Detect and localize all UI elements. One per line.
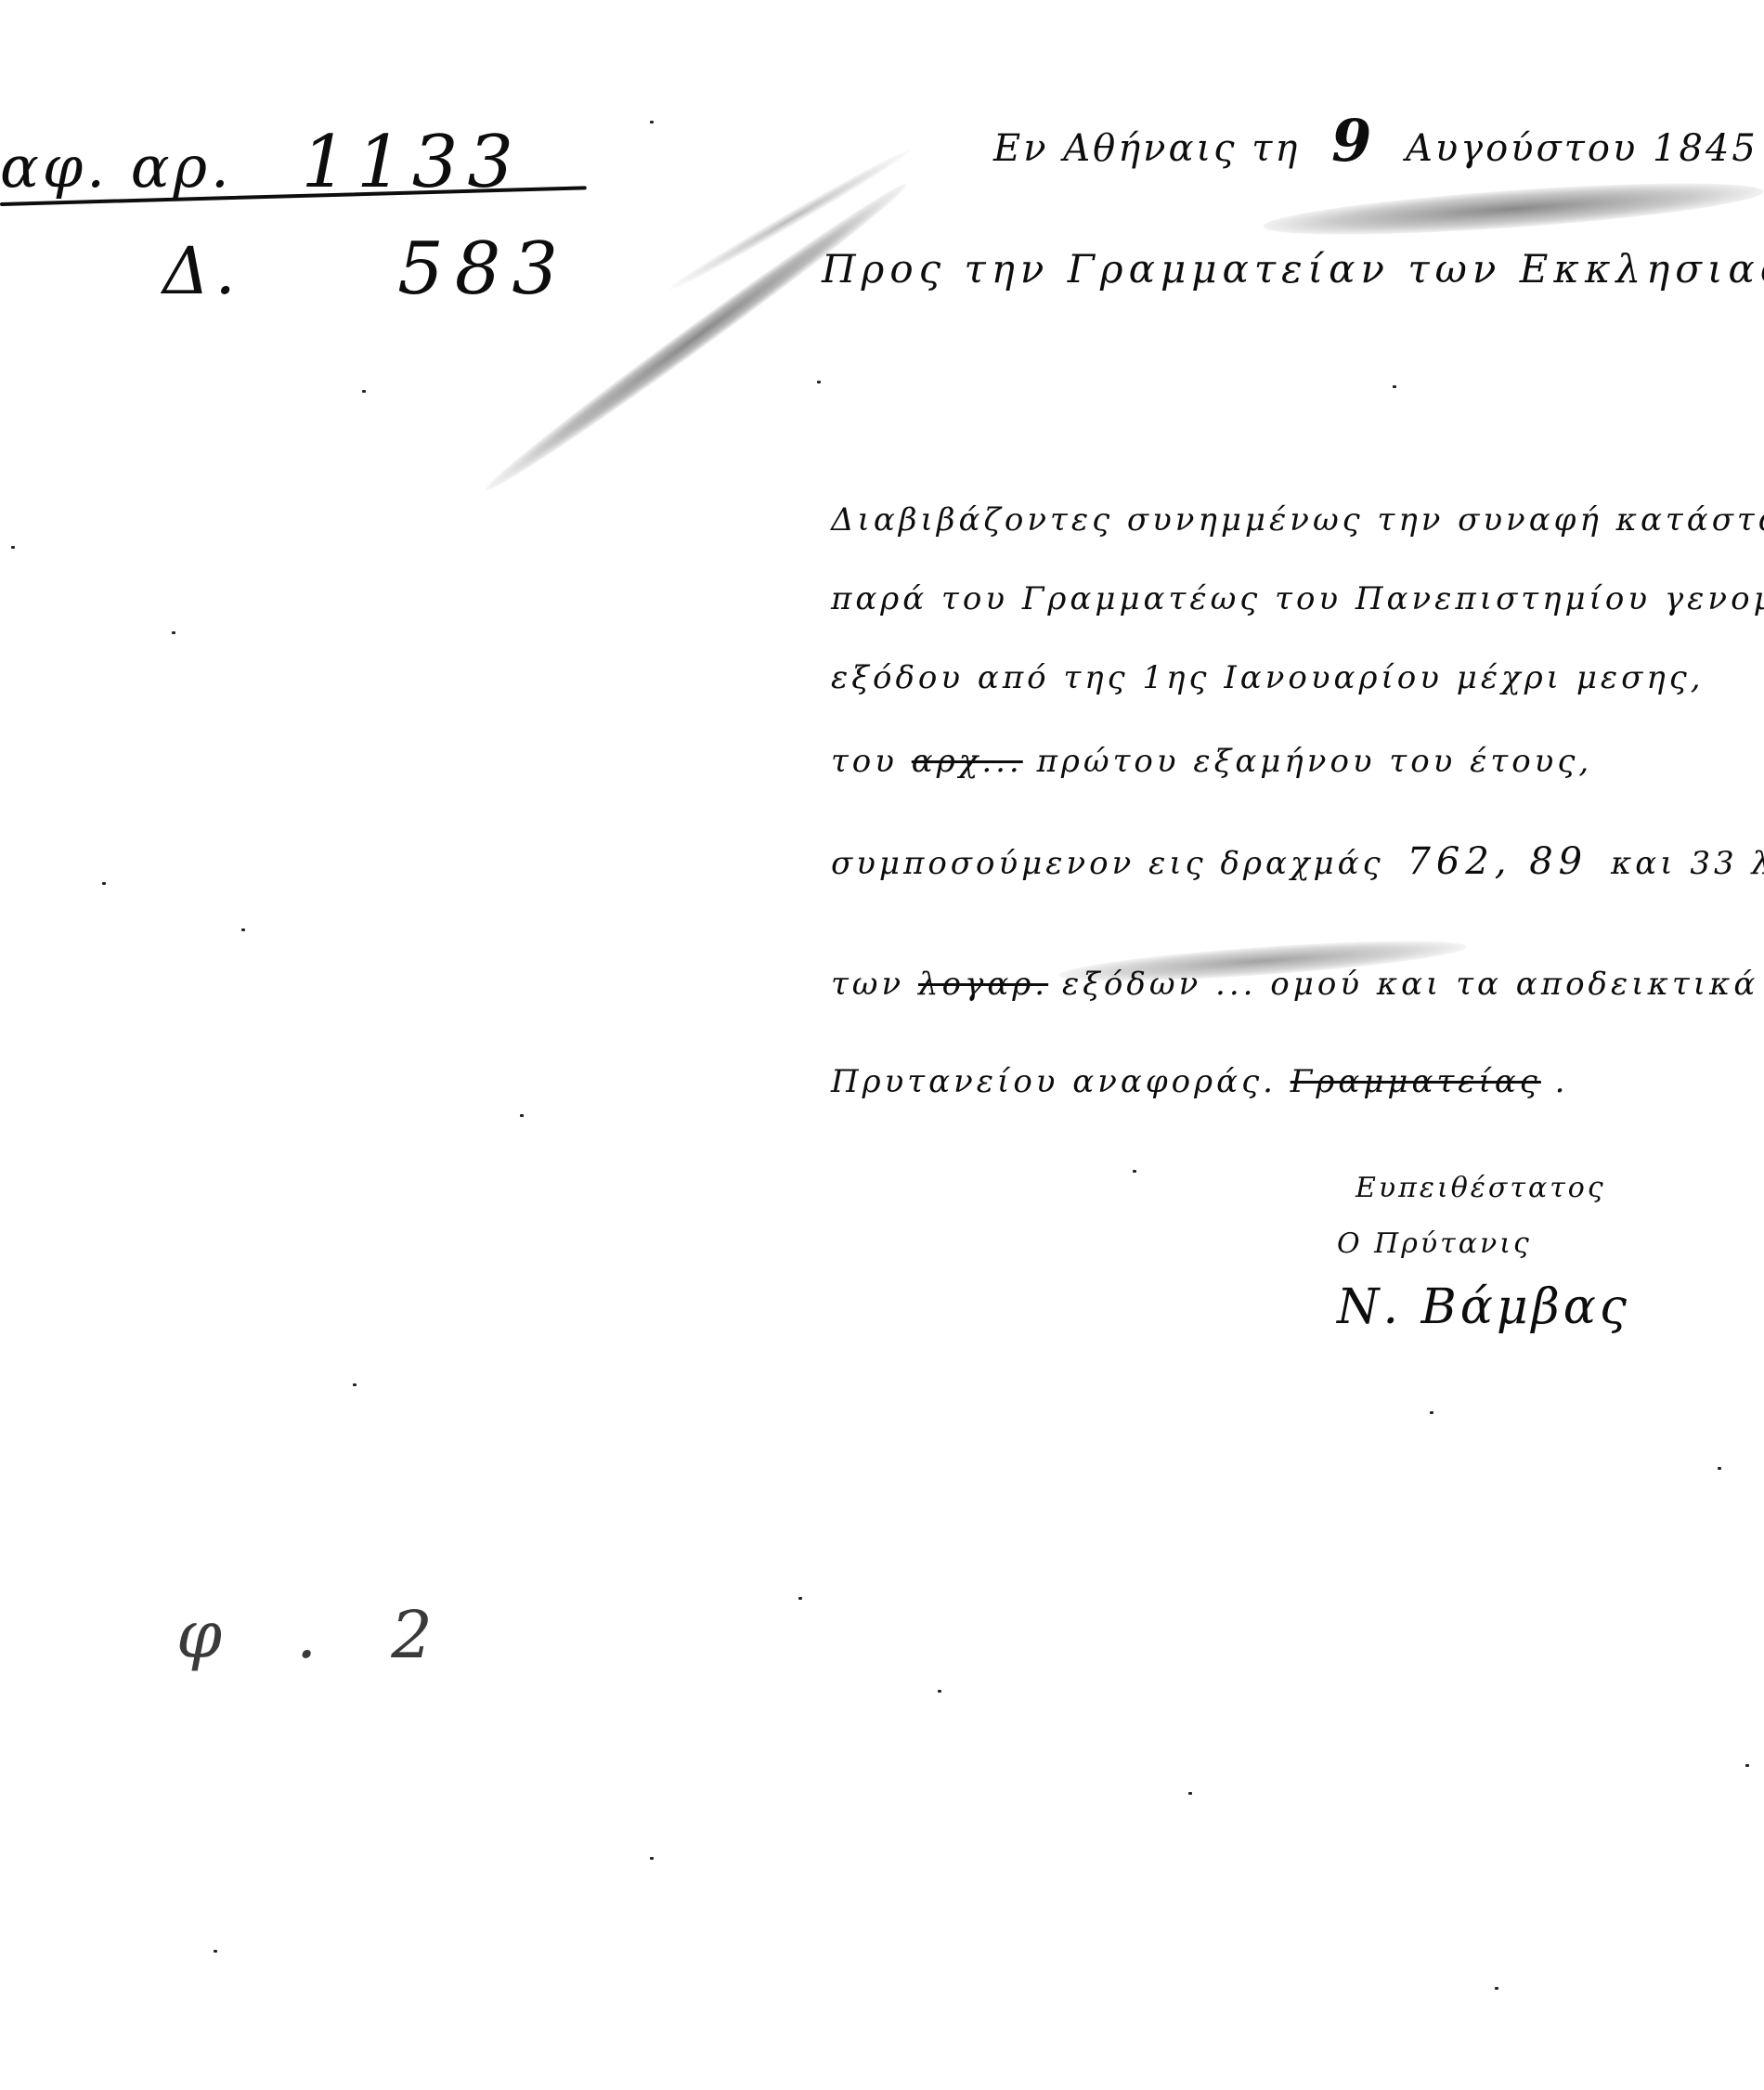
body-line-1: Διαβιβάζοντες συνημμένως την συναφή κατά… [831, 501, 1764, 539]
signature-title: Ο Πρύτανις [1337, 1227, 1532, 1260]
body-line-5-end: και 33 λεπτά [1611, 845, 1764, 882]
speck [1718, 1467, 1721, 1470]
speck [520, 1114, 524, 1117]
date-month: Αυγούστου [1406, 127, 1638, 170]
date-year: 1845 [1653, 127, 1758, 170]
speck [1745, 1764, 1749, 1767]
reference-bottom-prefix: Δ. [162, 233, 241, 309]
speck [11, 546, 15, 549]
struck-word: Γραμματείας [1291, 1063, 1541, 1100]
body-line-2: παρά του Γραμματέως του Πανεπιστημίου γε… [831, 580, 1764, 617]
speck [1393, 385, 1396, 388]
body-line-6-start: των [831, 966, 904, 1003]
body-line-3: εξόδου από της 1ης Ιανουαρίου μέχρι μεση… [831, 659, 1705, 696]
body-line-5: συμποσούμενον εις δραχμάς 762, 89 και 33… [831, 840, 1764, 883]
body-line-4-end: πρώτου εξαμήνου του έτους, [1037, 743, 1593, 780]
body-line-7: Πρυτανείου αναφοράς. Γραμματείας . [831, 1063, 1568, 1100]
date-day: 9 [1331, 107, 1374, 175]
struck-word: λογαρ. [918, 966, 1048, 1003]
speck [1188, 1792, 1192, 1795]
body-line-6-end: εξόδων ... ομού και τα αποδεικτικά [1062, 966, 1758, 1003]
speck [353, 1383, 357, 1386]
ink-smudge-diagonal [479, 175, 914, 500]
body-line-5-start: συμποσούμενον εις δραχμάς [831, 845, 1384, 882]
speck [650, 121, 654, 123]
speck [214, 1950, 217, 1953]
speck [798, 1597, 802, 1600]
folio-mark: φ.2 [176, 1597, 507, 1673]
speck [1430, 1411, 1433, 1414]
speck [650, 1857, 654, 1860]
date-place: Εν Αθήναις τη [993, 127, 1300, 170]
body-line-6: των λογαρ. εξόδων ... ομού και τα αποδει… [831, 966, 1758, 1003]
body-line-4-start: του [831, 743, 898, 780]
speck [1495, 1987, 1498, 1990]
speck [938, 1690, 941, 1693]
amount-value: 762, 89 [1407, 840, 1588, 883]
speck [172, 631, 175, 634]
date-line: Εν Αθήναις τη 9 Αυγούστου 1845 [993, 107, 1758, 175]
reference-bottom-number: 583 [397, 227, 569, 311]
speck [241, 928, 245, 931]
manuscript-page: αφ. αρ. 1133 Δ. 583 Εν Αθήναις τη 9 Αυγο… [0, 0, 1764, 2090]
reference-top-prefix: αφ. αρ. [0, 133, 233, 201]
signature-name: Ν. Βάμβας [1337, 1279, 1630, 1335]
body-line-7-end: . [1555, 1063, 1569, 1100]
body-line-7-start: Πρυτανείου αναφοράς. [831, 1063, 1277, 1100]
speck [102, 882, 106, 885]
struck-word: αρχ... [912, 743, 1023, 780]
signature-closing: Ευπειθέστατος [1355, 1172, 1606, 1204]
folio-number: 2 [391, 1597, 507, 1673]
speck [817, 381, 821, 383]
recipient-line: Προς την Γραμματείαν των Εκκλησιαστικών [822, 246, 1764, 292]
reference-bottom: Δ. 583 [162, 227, 569, 311]
folio-prefix: φ. [176, 1597, 391, 1673]
speck [362, 390, 366, 393]
body-line-4: του αρχ... πρώτου εξαμήνου του έτους, [831, 743, 1592, 780]
speck [1133, 1170, 1136, 1173]
ink-smudge-date [1262, 173, 1764, 245]
